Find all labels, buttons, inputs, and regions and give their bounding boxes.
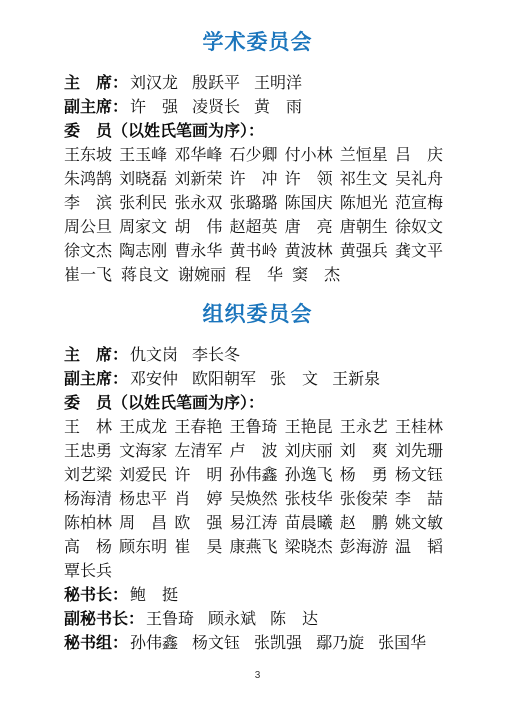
member-name: 苗晨曦 — [285, 512, 333, 536]
member-name: 祁生文 — [340, 168, 388, 192]
member-name: 石少卿 — [229, 144, 277, 168]
member-name: 文海家 — [119, 440, 167, 464]
member-name: 王春艳 — [174, 416, 222, 440]
member-row: 高 杨顾东明崔 昊康燕飞梁晓杰彭海游温 韬 — [64, 536, 443, 560]
member-name: 杨忠平 — [119, 488, 167, 512]
member-name: 张璐璐 — [229, 192, 277, 216]
member-name: 周 昌 — [119, 512, 167, 536]
member-name: 王玉峰 — [119, 144, 167, 168]
member-name: 王艳昆 — [285, 416, 333, 440]
member-name: 窦 杰 — [292, 264, 340, 288]
member-name: 卢 波 — [229, 440, 277, 464]
member-name: 陶志刚 — [119, 240, 167, 264]
member-name: 鄢乃旋 — [316, 632, 364, 656]
member-row: 周公旦周家文胡 伟赵超英唐 亮唐朝生徐奴文 — [64, 216, 443, 240]
member-name: 王鲁琦 — [146, 608, 194, 632]
document-page: 学术委员会 主 席： 刘汉龙殷跃平王明洋 副主席： 许 强凌贤长黄 雨 委 员（… — [0, 0, 515, 713]
member-name: 梁晓杰 — [285, 536, 333, 560]
member-name: 蒋良文 — [121, 264, 169, 288]
members-heading-line: 委 员（以姓氏笔画为序）： — [64, 392, 443, 416]
vice-chair-names: 邓安仲欧阳朝军张 文王新泉 — [130, 368, 380, 392]
member-name: 孙伟鑫 — [229, 464, 277, 488]
member-name: 李长冬 — [192, 344, 240, 368]
members-heading-label: 委 员（以姓氏笔画为序）： — [64, 120, 264, 144]
member-name: 赵超英 — [229, 216, 277, 240]
member-name: 欧 强 — [174, 512, 222, 536]
member-name: 张凯强 — [254, 632, 302, 656]
member-row: 王忠勇文海家左清军卢 波刘庆丽刘 爽刘先珊 — [64, 440, 443, 464]
secretary-general-names: 鲍 挺 — [130, 584, 178, 608]
member-name: 程 华 — [235, 264, 283, 288]
member-row: 王 林王成龙王春艳王鲁琦王艳昆王永艺王桂林 — [64, 416, 443, 440]
member-name: 张利民 — [119, 192, 167, 216]
organizing-committee-section: 主 席： 仇文岗李长冬 副主席： 邓安仲欧阳朝军张 文王新泉 委 员（以姓氏笔画… — [0, 344, 515, 656]
member-name: 张枝华 — [285, 488, 333, 512]
secretary-general-label: 秘书长： — [64, 584, 128, 608]
member-row: 杨海清杨忠平肖 婷吴焕然张枝华张俊荣李 喆 — [64, 488, 443, 512]
member-name: 高 杨 — [64, 536, 112, 560]
member-name: 周公旦 — [64, 216, 112, 240]
member-name: 顾东明 — [119, 536, 167, 560]
member-name: 刘新荣 — [174, 168, 222, 192]
chair-label: 主 席： — [64, 344, 128, 368]
member-name: 左清军 — [174, 440, 222, 464]
secretariat-names: 孙伟鑫杨文钰张凯强鄢乃旋张国华 — [130, 632, 426, 656]
member-name: 刘先珊 — [395, 440, 443, 464]
member-name: 刘 爽 — [340, 440, 388, 464]
secretariat-line: 秘书组： 孙伟鑫杨文钰张凯强鄢乃旋张国华 — [64, 632, 443, 656]
member-name: 孙逸飞 — [285, 464, 333, 488]
member-name: 吴礼舟 — [395, 168, 443, 192]
academic-committee-section: 主 席： 刘汉龙殷跃平王明洋 副主席： 许 强凌贤长黄 雨 委 员（以姓氏笔画为… — [0, 72, 515, 288]
section-title-organizing-committee: 组织委员会 — [0, 302, 515, 328]
member-name: 杨 勇 — [340, 464, 388, 488]
member-row: 刘艺梁刘爱民许 明孙伟鑫孙逸飞杨 勇杨文钰 — [64, 464, 443, 488]
member-row: 徐文杰陶志刚曹永华黄书岭黄波林黄强兵龚文平 — [64, 240, 443, 264]
member-name: 张 文 — [270, 368, 318, 392]
member-name: 张国华 — [378, 632, 426, 656]
member-name: 王明洋 — [254, 72, 302, 96]
member-name: 康燕飞 — [229, 536, 277, 560]
member-name: 姚文敏 — [395, 512, 443, 536]
member-name: 肖 婷 — [174, 488, 222, 512]
member-name: 范宣梅 — [395, 192, 443, 216]
member-name: 刘晓磊 — [119, 168, 167, 192]
member-name: 陈柏林 — [64, 512, 112, 536]
member-row: 朱鸿鹄刘晓磊刘新荣许 冲许 领祁生文吴礼舟 — [64, 168, 443, 192]
member-row: 陈柏林周 昌欧 强易江涛苗晨曦赵 鹏姚文敏 — [64, 512, 443, 536]
deputy-secretary-general-line: 副秘书长： 王鲁琦顾永斌陈 达 — [64, 608, 443, 632]
member-name: 易江涛 — [229, 512, 277, 536]
member-name: 刘庆丽 — [285, 440, 333, 464]
member-name: 唐 亮 — [285, 216, 333, 240]
member-name: 刘汉龙 — [130, 72, 178, 96]
member-name: 许 明 — [174, 464, 222, 488]
member-name: 刘爱民 — [119, 464, 167, 488]
member-name: 李 喆 — [395, 488, 443, 512]
member-name: 邓华峰 — [174, 144, 222, 168]
members-heading-label: 委 员（以姓氏笔画为序）： — [64, 392, 264, 416]
members-heading-line: 委 员（以姓氏笔画为序）： — [64, 120, 443, 144]
member-name: 赵 鹏 — [340, 512, 388, 536]
member-name: 王东坡 — [64, 144, 112, 168]
member-name: 龚文平 — [395, 240, 443, 264]
member-name: 王鲁琦 — [229, 416, 277, 440]
member-name: 黄波林 — [285, 240, 333, 264]
member-name: 周家文 — [119, 216, 167, 240]
member-name: 王忠勇 — [64, 440, 112, 464]
member-name: 杨文钰 — [395, 464, 443, 488]
vice-chair-label: 副主席： — [64, 368, 128, 392]
member-name: 欧阳朝军 — [192, 368, 256, 392]
member-row: 王东坡王玉峰邓华峰石少卿付小林兰恒星吕 庆 — [64, 144, 443, 168]
section-title-academic-committee: 学术委员会 — [0, 30, 515, 56]
member-name: 唐朝生 — [340, 216, 388, 240]
member-name: 邓安仲 — [130, 368, 178, 392]
member-name: 覃长兵 — [64, 560, 112, 584]
member-name: 顾永斌 — [208, 608, 256, 632]
member-name: 王新泉 — [332, 368, 380, 392]
member-name: 仇文岗 — [130, 344, 178, 368]
member-name: 许 领 — [285, 168, 333, 192]
member-name: 崔一飞 — [64, 264, 112, 288]
member-name: 黄 雨 — [254, 96, 302, 120]
member-row: 崔一飞蒋良文谢婉丽程 华窦 杰 — [64, 264, 443, 288]
deputy-secretary-general-names: 王鲁琦顾永斌陈 达 — [146, 608, 318, 632]
member-name: 王桂林 — [395, 416, 443, 440]
member-name: 谢婉丽 — [178, 264, 226, 288]
member-name: 许 强 — [130, 96, 178, 120]
vice-chair-line: 副主席： 邓安仲欧阳朝军张 文王新泉 — [64, 368, 443, 392]
deputy-secretary-general-label: 副秘书长： — [64, 608, 144, 632]
member-name: 陈旭光 — [340, 192, 388, 216]
member-name: 付小林 — [285, 144, 333, 168]
member-name: 杨文钰 — [192, 632, 240, 656]
member-name: 殷跃平 — [192, 72, 240, 96]
secretariat-label: 秘书组： — [64, 632, 128, 656]
member-name: 许 冲 — [229, 168, 277, 192]
member-name: 黄强兵 — [340, 240, 388, 264]
member-name: 吕 庆 — [395, 144, 443, 168]
member-row: 李 滨张利民张永双张璐璐陈国庆陈旭光范宣梅 — [64, 192, 443, 216]
member-name: 杨海清 — [64, 488, 112, 512]
member-name: 鲍 挺 — [130, 584, 178, 608]
member-name: 孙伟鑫 — [130, 632, 178, 656]
vice-chair-line: 副主席： 许 强凌贤长黄 雨 — [64, 96, 443, 120]
chair-names: 仇文岗李长冬 — [130, 344, 240, 368]
member-name: 陈国庆 — [285, 192, 333, 216]
member-name: 彭海游 — [340, 536, 388, 560]
secretary-general-line: 秘书长： 鲍 挺 — [64, 584, 443, 608]
member-name: 朱鸿鹄 — [64, 168, 112, 192]
member-name: 黄书岭 — [229, 240, 277, 264]
member-name: 张永双 — [174, 192, 222, 216]
member-name: 吴焕然 — [229, 488, 277, 512]
member-name: 王永艺 — [340, 416, 388, 440]
member-name: 徐文杰 — [64, 240, 112, 264]
chair-names: 刘汉龙殷跃平王明洋 — [130, 72, 302, 96]
member-name: 李 滨 — [64, 192, 112, 216]
member-name: 刘艺梁 — [64, 464, 112, 488]
chair-label: 主 席： — [64, 72, 128, 96]
page-number: 3 — [0, 670, 515, 681]
member-name: 兰恒星 — [340, 144, 388, 168]
member-name: 崔 昊 — [174, 536, 222, 560]
member-name: 温 韬 — [395, 536, 443, 560]
member-name: 王 林 — [64, 416, 112, 440]
vice-chair-label: 副主席： — [64, 96, 128, 120]
member-name: 凌贤长 — [192, 96, 240, 120]
chair-line: 主 席： 仇文岗李长冬 — [64, 344, 443, 368]
member-row: 覃长兵 — [64, 560, 443, 584]
member-name: 曹永华 — [174, 240, 222, 264]
member-name: 王成龙 — [119, 416, 167, 440]
vice-chair-names: 许 强凌贤长黄 雨 — [130, 96, 302, 120]
member-name: 张俊荣 — [340, 488, 388, 512]
member-name: 陈 达 — [270, 608, 318, 632]
chair-line: 主 席： 刘汉龙殷跃平王明洋 — [64, 72, 443, 96]
member-name: 胡 伟 — [174, 216, 222, 240]
member-name: 徐奴文 — [395, 216, 443, 240]
